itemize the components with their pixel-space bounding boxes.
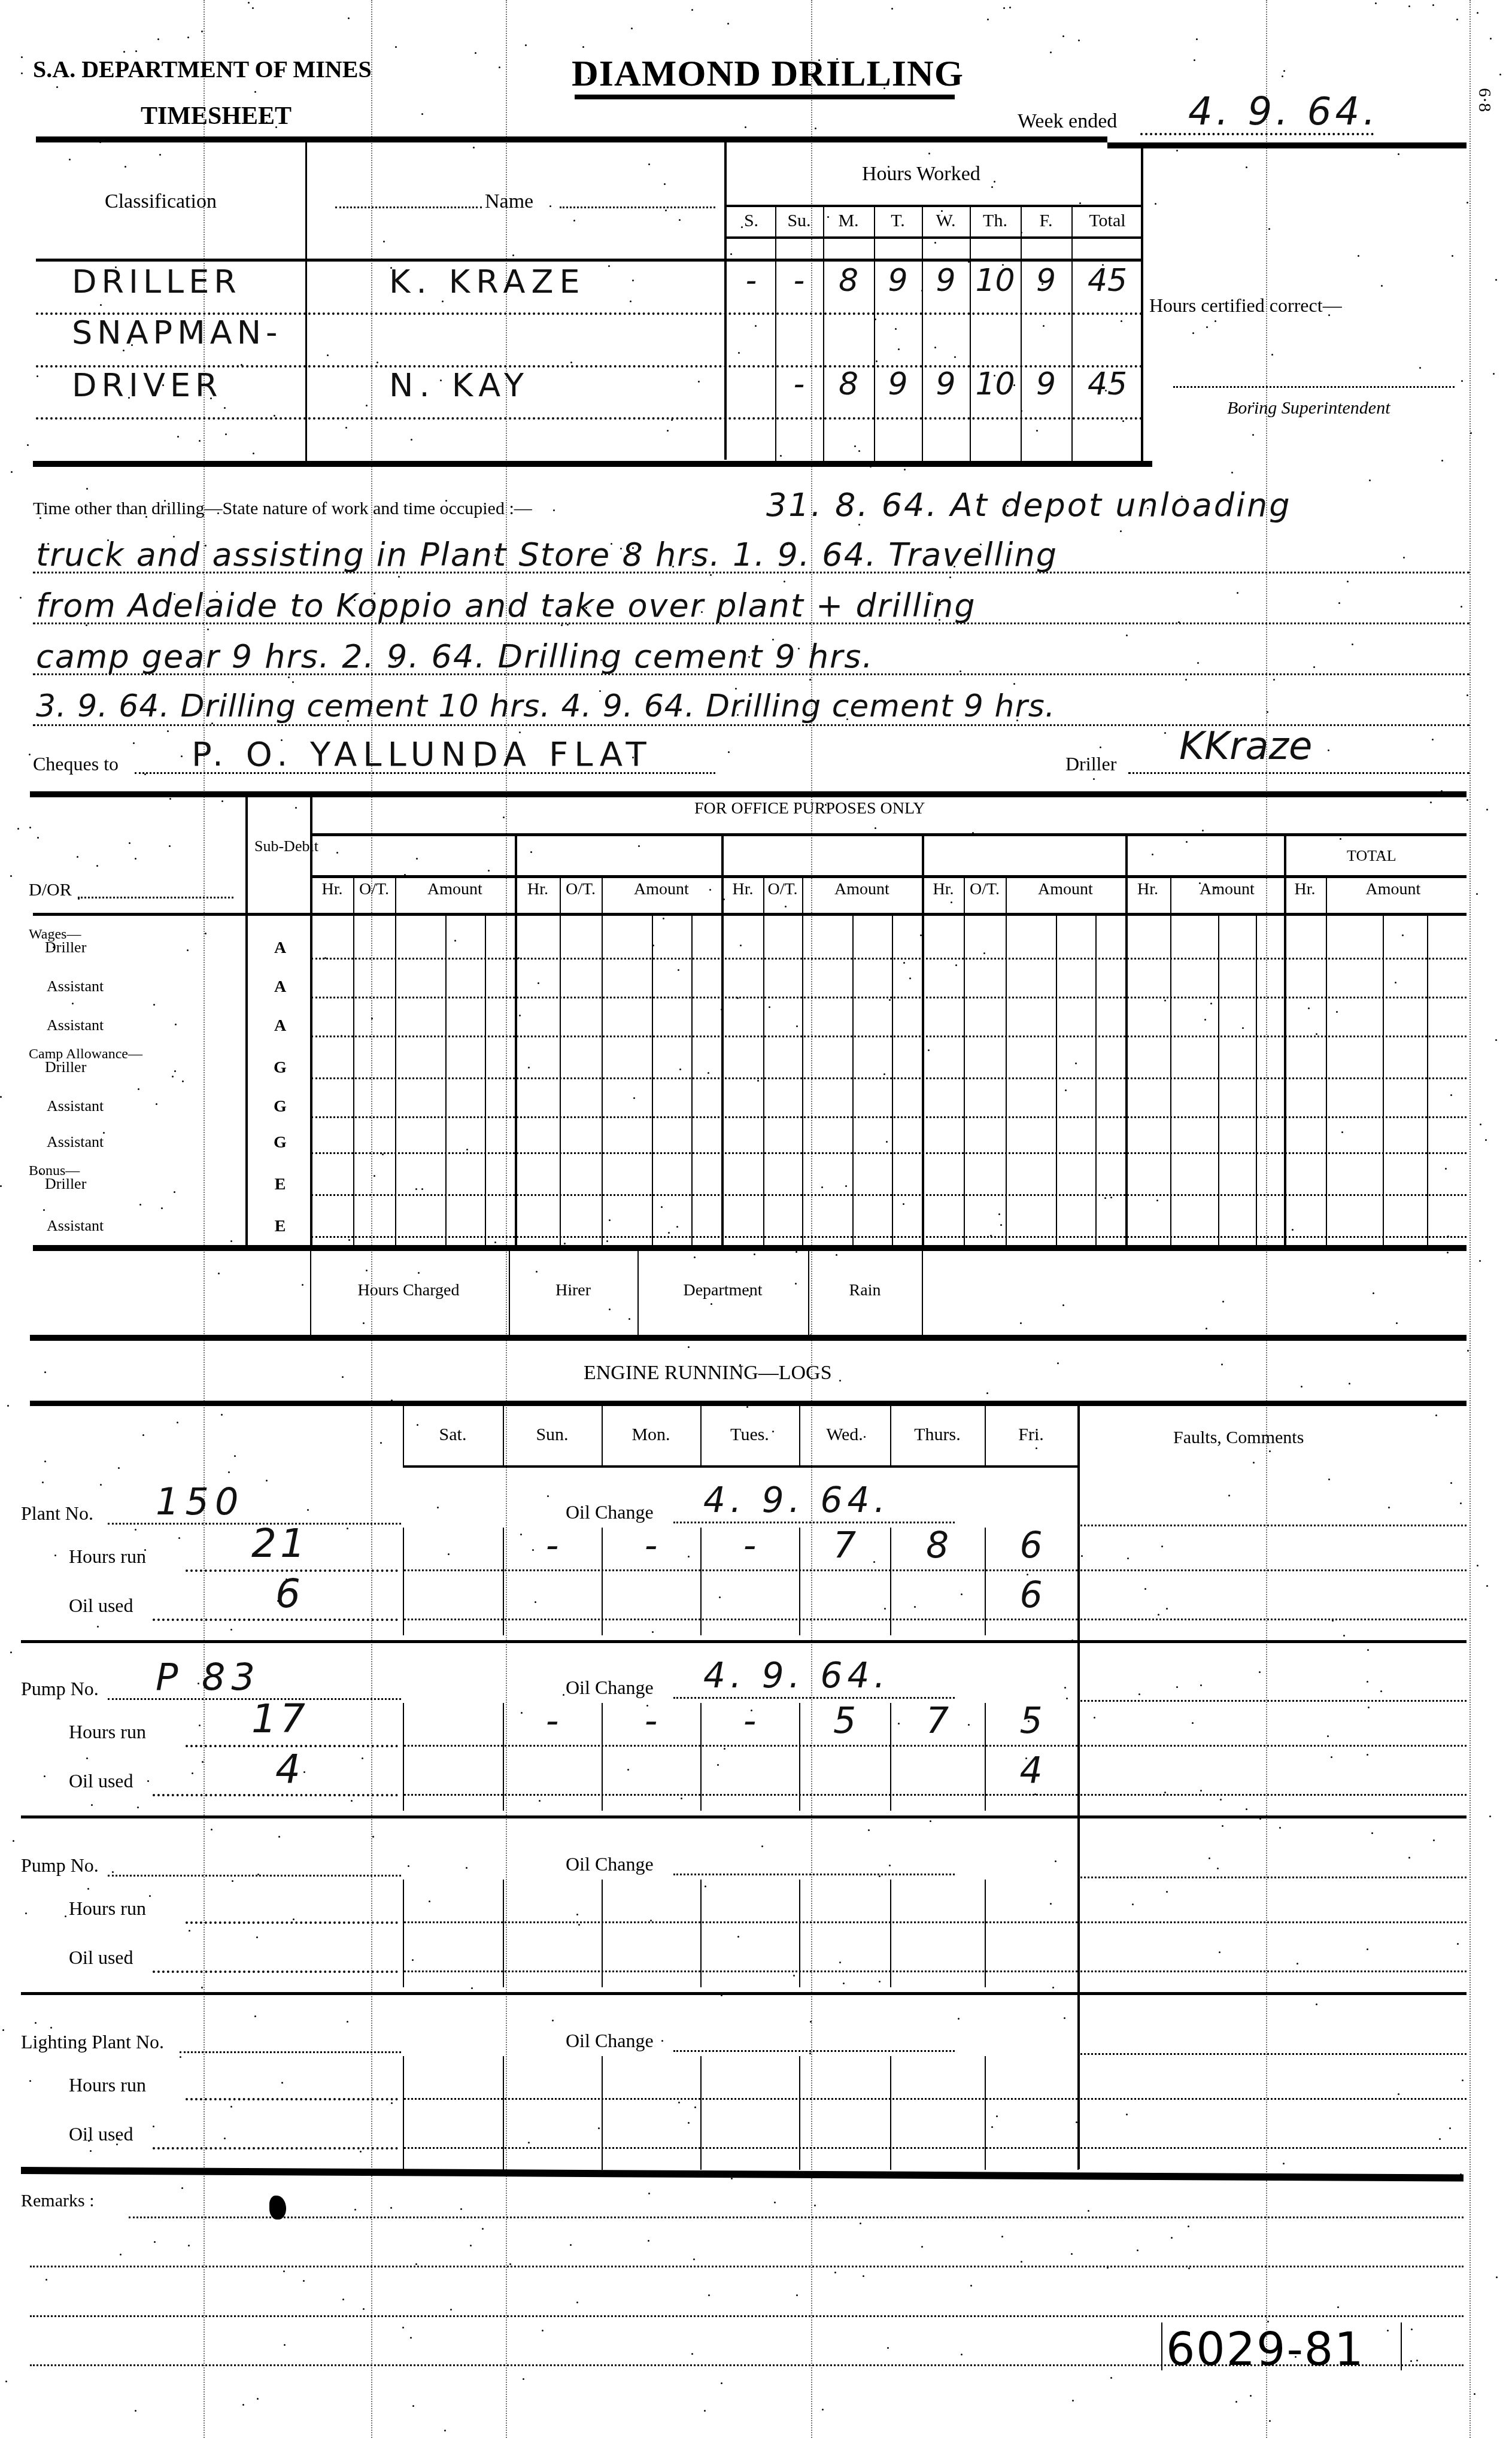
speckle [142,1434,144,1436]
speckle [836,1254,837,1256]
speckle [563,1694,564,1696]
office-col-header: Amount [1006,880,1125,899]
hours-cell[interactable]: 8 [823,366,874,402]
speckle [284,2344,286,2346]
oil-used-cell[interactable]: 6 [985,1574,1077,1616]
time-other-line-1[interactable]: 31. 8. 64. At depot unloading [766,486,1292,524]
speckle [1152,854,1153,855]
speckle [86,624,87,626]
speckle [1461,606,1462,608]
document-number: 6029-81 [1166,2322,1365,2376]
speckle [408,1865,409,1867]
speckle [382,1153,384,1155]
speckle [576,2302,578,2303]
speckle [1079,202,1081,204]
speckle [230,1240,232,1242]
speckle [737,1936,739,1938]
oil-used-label: Oil used [69,1595,133,1617]
speckle [1050,1903,1052,1905]
speckle [1194,59,1195,61]
oil-change-date[interactable]: 4. 9. 64. [703,1655,890,1696]
office-row-fields[interactable] [311,1042,1467,1077]
speckle [266,122,268,123]
speckle [920,934,922,936]
day-header: F. [1021,211,1071,231]
speckle [679,1068,681,1070]
speckle [47,543,49,545]
classification-cell[interactable]: SNAPMAN- [72,314,283,351]
speckle [178,656,180,658]
hours-run-label: Hours run [69,2074,146,2096]
speckle [694,2106,696,2108]
speckle [184,792,186,794]
week-ended-value[interactable]: 4. 9. 64. [1188,90,1379,134]
speckle [939,603,941,605]
speckle [960,670,961,672]
speckle [10,1651,12,1653]
speckle [627,1769,629,1771]
week-ended-label: Week ended [1018,110,1117,133]
speckle [709,889,711,891]
speckle [889,999,891,1001]
hours-run-cell[interactable]: 5 [799,1700,890,1742]
speckle [87,1888,89,1890]
speckle [1007,505,1009,507]
speckle [1034,1793,1036,1795]
speckle [875,827,876,829]
unit-number[interactable]: P 83 [156,1655,261,1699]
speckle [1493,373,1495,375]
speckle [564,1243,566,1244]
speckle [709,711,711,712]
speckle [1052,1987,1054,1988]
speckle [694,1256,696,1258]
speckle [928,1049,930,1051]
speckle [450,2309,452,2311]
speckle [90,2150,92,2152]
speckle [1199,882,1201,884]
speckle [65,1915,66,1917]
speckle [466,1867,467,1869]
hours-run-cell[interactable]: 8 [890,1525,985,1566]
speckle [1403,557,1405,558]
hours-cell[interactable]: 45 [1071,366,1143,402]
speckle [1188,2267,1190,2269]
engine-day-header: Sun. [503,1425,602,1445]
speckle [1485,1139,1487,1141]
hours-run-cell[interactable]: - [503,1525,602,1566]
speckle [42,1481,44,1483]
speckle [1009,7,1011,8]
speckle [283,2270,285,2272]
hours-run-cell[interactable]: - [503,1700,602,1742]
cheques-value[interactable]: P. O. YALLUNDA FLAT [192,735,652,774]
unit-label: Plant No. [21,1502,93,1525]
speckle [521,1712,523,1714]
speckle [29,2080,31,2082]
speckle [218,1273,220,1274]
speckle [1328,1478,1330,1480]
speckle [286,1578,287,1580]
speckle [886,1141,888,1143]
speckle [69,159,71,160]
speckle [1121,320,1122,322]
speckle [648,2240,649,2242]
speckle [1375,2,1377,4]
speckle [336,852,338,854]
speckle [1110,1197,1112,1198]
speckle [1215,320,1216,322]
speckle [153,2126,154,2127]
speckle [1387,2330,1389,2331]
speckle [1308,1007,1310,1009]
speckle [1161,1546,1163,1547]
speckle [404,874,406,876]
office-row-fields[interactable] [311,1000,1467,1036]
speckle [106,393,108,394]
speckle [1381,285,1383,287]
office-col-header: Hr. [311,880,353,899]
speckle [582,46,584,48]
speckle [129,842,130,844]
speckle [115,266,117,268]
oil-used-total[interactable]: 4 [275,1746,304,1792]
speckle [520,564,522,566]
speckle [1237,592,1238,594]
speckle [302,1284,303,1286]
speckle [475,52,476,54]
speckle [29,827,31,828]
timesheet-title: TIMESHEET [141,102,292,130]
speckle [774,2202,776,2203]
subdebit-code: E [251,1175,309,1194]
speckle [724,1748,725,1750]
speckle [437,1507,439,1508]
hours-cell[interactable]: - [775,263,823,299]
speckle [1132,1903,1134,1905]
speckle [1279,1827,1281,1829]
office-row-fields[interactable] [311,961,1467,997]
speckle [303,1771,305,1773]
speckle [825,804,827,806]
speckle [661,1206,663,1208]
boring-superintendent-label: Boring Superintendent [1227,398,1390,418]
office-col-header: O/T. [560,880,602,899]
speckle [275,126,277,128]
speckle [585,607,587,609]
speckle [192,1772,193,1774]
classification-header: Classification [105,190,217,213]
speckle [112,1871,114,1873]
speckle [955,964,957,966]
speckle [711,1303,712,1305]
speckle [1292,1229,1294,1231]
speckle [864,1436,866,1438]
hours-cell[interactable]: 9 [922,366,970,402]
speckle [1076,2121,1077,2123]
time-other-line-2[interactable]: truck and assisting in Plant Store 8 hrs… [36,536,1058,573]
speckle [56,86,58,88]
speckle [178,1537,180,1539]
speckle [991,2126,993,2128]
speckle [1398,153,1399,155]
hours-cell[interactable]: - [727,263,775,299]
office-row-fields[interactable] [311,1200,1467,1236]
speckle [482,2228,484,2230]
hours-cell[interactable]: 45 [1071,263,1143,299]
speckle [1416,2360,1418,2361]
speckle [1467,1350,1469,1352]
speckle [1435,1414,1437,1416]
speckle [1016,719,1018,721]
office-row-fields[interactable] [311,1158,1467,1194]
speckle [288,676,290,678]
oil-used-cell[interactable]: 4 [985,1750,1077,1792]
hours-cell[interactable]: - [775,366,823,402]
speckle [221,1414,223,1416]
speckle [588,77,590,79]
speckle [177,1422,178,1423]
speckle [1343,1635,1345,1637]
office-row-fields[interactable] [311,1116,1467,1152]
speckle [366,1270,368,1271]
oil-change-date[interactable]: 4. 9. 64. [703,1480,890,1520]
speckle [29,754,31,755]
speckle [1467,202,1468,204]
hours-cell[interactable]: 8 [823,263,874,299]
speckle [201,31,203,32]
speckle [123,51,125,53]
speckle [241,364,242,366]
office-col-header: Amount [802,880,922,899]
office-col-header: O/T. [763,880,802,899]
hours-run-cell[interactable]: - [602,1700,700,1742]
speckle [494,1241,496,1243]
classification-cell[interactable]: DRIVER [72,366,223,404]
speckle [118,1467,120,1469]
hours-run-total[interactable]: 17 [251,1696,309,1742]
hours-run-total[interactable]: 21 [251,1520,309,1566]
speckle [466,1149,468,1150]
hours-cell[interactable]: 9 [922,263,970,299]
speckle [631,28,633,29]
speckle [632,1339,634,1341]
speckle [181,755,183,757]
speckle [225,433,227,435]
hours-run-cell[interactable]: 7 [890,1700,985,1742]
speckle [678,2102,680,2103]
speckle [1171,2237,1173,2239]
speckle [125,166,126,168]
speckle [567,624,569,626]
office-col-header: Hr. [1125,880,1170,899]
speckle [520,1534,522,1535]
speckle [951,901,952,903]
name-cell[interactable]: N. KAY [389,366,530,404]
speckle [921,2246,923,2248]
speckle [1402,934,1404,936]
hours-run-cell[interactable]: - [700,1525,799,1566]
speckle [1104,1197,1106,1199]
speckle [903,962,905,964]
speckle [542,2330,544,2331]
speckle [609,1219,611,1221]
hours-run-cell[interactable]: 6 [985,1525,1077,1566]
office-row-label: Assistant [47,1097,104,1115]
speckle [1313,666,1315,668]
speckle [539,1800,541,1802]
subdebit-code: A [251,1016,309,1036]
speckle [278,1836,280,1838]
hours-run-cell[interactable]: 7 [799,1525,890,1566]
classification-cell[interactable]: DRILLER [72,263,241,300]
speckle [1328,749,1329,751]
speckle [1259,1818,1261,1820]
speckle [752,572,754,573]
speckle [21,56,23,58]
speckle [86,1757,88,1759]
office-row-fields[interactable] [311,1080,1467,1116]
speckle [934,347,936,348]
speckle [417,1424,418,1426]
oil-used-total[interactable]: 6 [275,1571,304,1617]
speckle [879,1981,881,1982]
speckle [277,1600,279,1602]
speckle [44,1775,45,1777]
subdebit-code: A [251,939,309,958]
name-cell[interactable]: K. KRAZE [389,263,586,300]
speckle [664,183,666,185]
speckle [1178,621,1180,623]
speckle [187,37,189,38]
speckle [1373,1292,1374,1294]
hours-run-cell[interactable]: - [700,1700,799,1742]
speckle [1380,1690,1382,1692]
speckle [1228,1495,1230,1496]
speckle [1164,732,1166,734]
speckle [147,1780,149,1782]
speckle [391,2102,393,2104]
speckle [1020,1322,1022,1324]
speckle [909,977,911,979]
speckle [751,1710,752,1711]
name-header: Name [485,190,533,213]
speckle [573,220,575,221]
speckle [608,265,610,267]
speckle [921,290,923,292]
hours-run-cell[interactable]: - [602,1525,700,1566]
speckle [1441,790,1443,792]
speckle [876,360,878,362]
speckle [1027,1574,1028,1575]
speckle [421,113,423,115]
speckle [1283,2163,1285,2164]
superintendent-signature-field[interactable] [1173,359,1455,383]
hours-cell[interactable]: 9 [874,366,922,402]
speckle [174,1070,176,1072]
speckle [54,1555,56,1556]
speckle [954,566,955,567]
speckle [144,773,146,775]
speckle [348,1239,350,1241]
speckle [1185,679,1187,681]
speckle [532,1549,534,1551]
speckle [691,2353,693,2355]
time-other-line-5[interactable]: 3. 9. 64. Drilling cement 10 hrs. 4. 9. … [36,688,1055,724]
speckle [1055,1860,1056,1862]
department-title: S.A. DEPARTMENT OF MINES [33,55,372,83]
hours-cell[interactable]: 9 [874,263,922,299]
engine-day-header: Tues. [700,1425,799,1445]
speckle [1347,581,1349,582]
speckle [221,800,223,802]
speckle [661,2040,663,2042]
speckle [88,2140,90,2142]
speckle [177,436,179,438]
hours-cell[interactable]: 9 [1021,263,1071,299]
speckle [153,1004,155,1006]
hours-cell[interactable]: 9 [1021,366,1071,402]
speckle [1120,530,1122,532]
speckle [509,2263,511,2265]
hours-run-cell[interactable]: 5 [985,1700,1077,1742]
scan-artifact-line [204,0,205,2438]
office-row-fields[interactable] [311,922,1467,958]
speckle [1408,1857,1410,1859]
driller-signature[interactable]: KKraze [1179,724,1312,769]
unit-number[interactable]: 150 [156,1480,244,1523]
speckle [727,23,729,25]
engine-day-header: Sat. [403,1425,503,1445]
speckle [1419,367,1421,369]
speckle [632,757,634,758]
scan-artifact-line [506,0,507,2438]
speckle [741,226,743,228]
speckle [1206,1328,1207,1329]
speckle [1430,801,1432,803]
driller-label: Driller [1065,753,1116,775]
speckle [1495,279,1497,281]
speckle [883,1073,885,1075]
crew-row [33,417,1143,461]
speckle [351,1800,353,1802]
speckle [958,2018,960,2020]
speckle [834,2272,836,2273]
speckle [1447,1235,1449,1237]
speckle [77,856,78,858]
speckle [1282,75,1283,77]
speckle [418,1272,420,1274]
hours-cell[interactable]: 10 [970,263,1021,299]
speckle [998,1213,1000,1215]
speckle [448,1553,450,1555]
speckle [1215,887,1216,889]
speckle [1369,479,1371,481]
office-title: FOR OFFICE PURPOSES ONLY [694,799,925,818]
speckle [149,1895,151,1897]
speckle [232,1880,233,1882]
speckle [535,1601,536,1603]
speckle [740,945,742,946]
speckle [230,2106,232,2108]
speckle [620,548,622,549]
speckle [638,845,640,847]
speckle [1445,1168,1447,1170]
speckle [1036,430,1038,432]
speckle [652,945,654,946]
speckle [380,1442,382,1444]
speckle [45,2279,47,2281]
